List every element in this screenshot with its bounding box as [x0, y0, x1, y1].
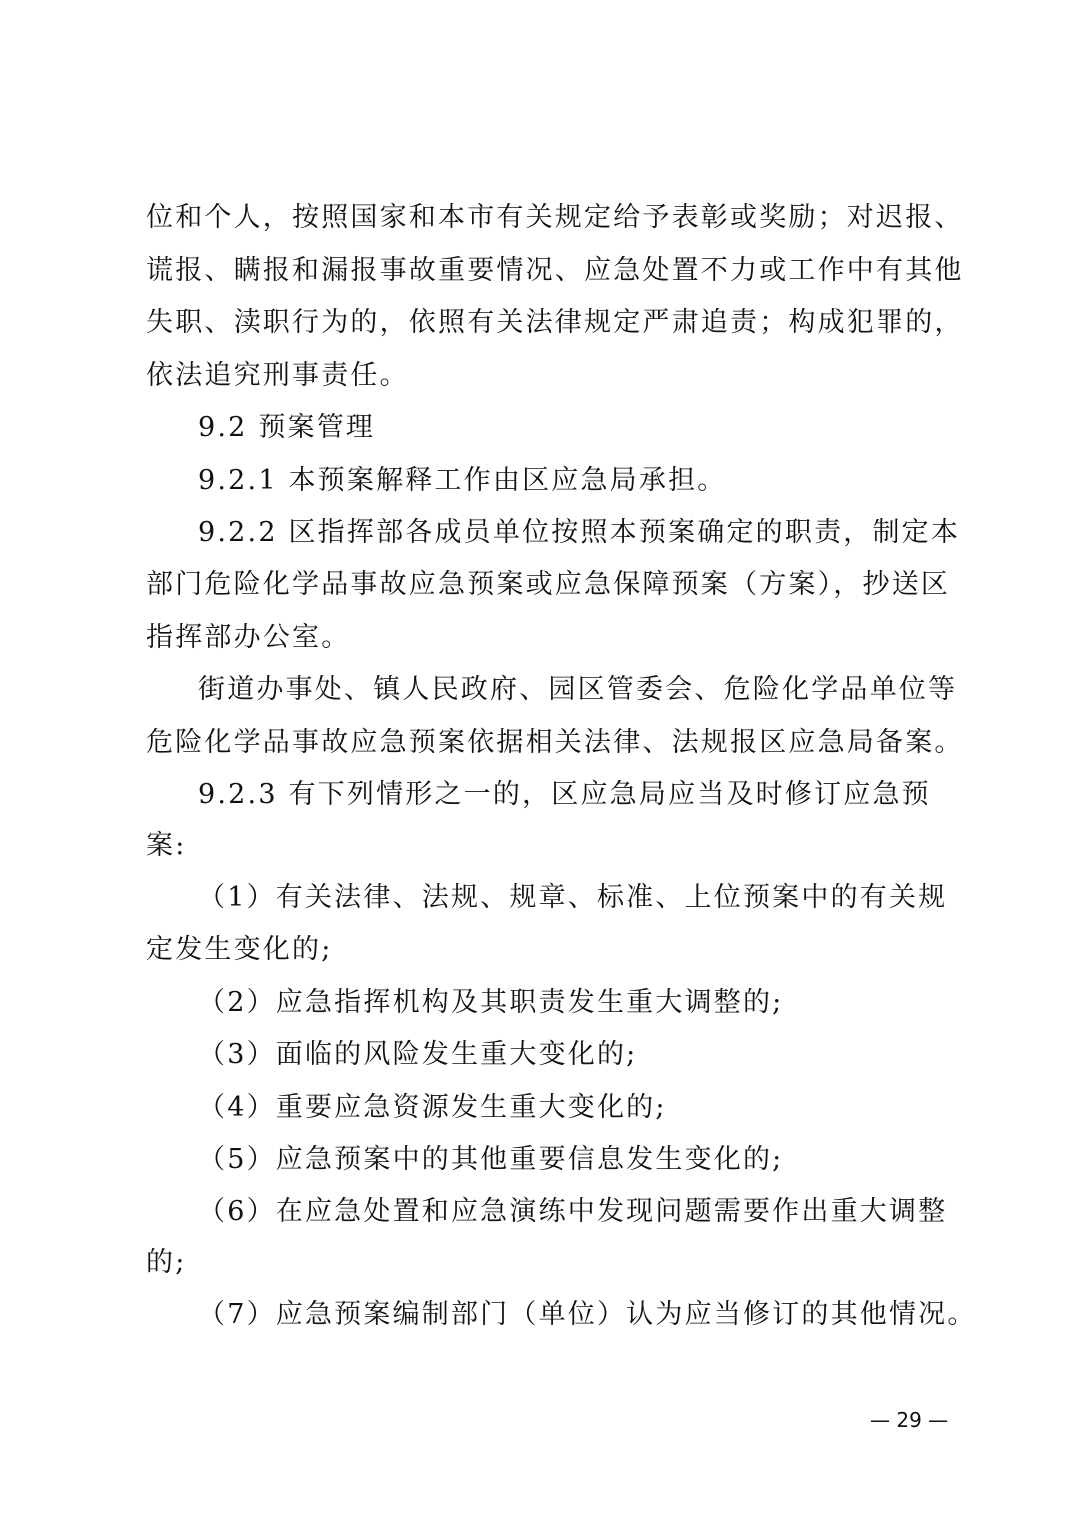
text-line: 案: — [146, 828, 946, 864]
text-line: （2）应急指挥机构及其职责发生重大调整的; — [198, 985, 998, 1021]
text-line: （6）在应急处置和应急演练中发现问题需要作出重大调整 — [198, 1194, 998, 1230]
text-line: 定发生变化的; — [146, 932, 946, 968]
text-line: （4）重要应急资源发生重大变化的; — [198, 1090, 998, 1126]
text-line: 部门危险化学品事故应急预案或应急保障预案（方案），抄送区 — [146, 567, 946, 603]
text-line: 街道办事处、镇人民政府、园区管委会、危险化学品单位等 — [198, 672, 998, 708]
text-line: 9.2 预案管理 — [198, 410, 998, 446]
text-line: 危险化学品事故应急预案依据相关法律、法规报区应急局备案。 — [146, 725, 946, 761]
text-line: （1）有关法律、法规、规章、标准、上位预案中的有关规 — [198, 880, 998, 916]
text-line: （5）应急预案中的其他重要信息发生变化的; — [198, 1142, 998, 1178]
text-line: 9.2.2 区指挥部各成员单位按照本预案确定的职责，制定本 — [198, 515, 998, 551]
text-line: 指挥部办公室。 — [146, 620, 946, 656]
text-line: 失职、渎职行为的，依照有关法律规定严肃追责；构成犯罪的， — [146, 305, 946, 341]
text-line: 的; — [146, 1245, 946, 1281]
text-line: 谎报、瞒报和漏报事故重要情况、应急处置不力或工作中有其他 — [146, 253, 946, 289]
page-number: — 29 — — [870, 1408, 948, 1432]
text-line: 依法追究刑事责任。 — [146, 358, 946, 394]
text-line: 位和个人，按照国家和本市有关规定给予表彰或奖励；对迟报、 — [146, 200, 946, 236]
text-line: 9.2.1 本预案解释工作由区应急局承担。 — [198, 463, 998, 499]
text-line: （3）面临的风险发生重大变化的; — [198, 1037, 998, 1073]
text-line: 9.2.3 有下列情形之一的，区应急局应当及时修订应急预 — [198, 777, 998, 813]
text-line: （7）应急预案编制部门（单位）认为应当修订的其他情况。 — [198, 1297, 998, 1333]
